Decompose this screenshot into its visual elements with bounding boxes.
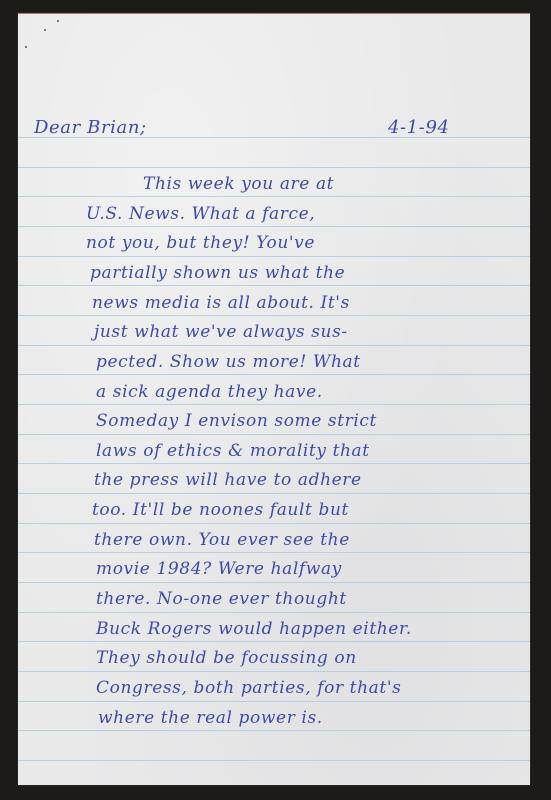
rule-line (18, 760, 530, 761)
body-line: partially shown us what the (90, 263, 345, 283)
rule-line (18, 641, 530, 642)
rule-line (18, 523, 530, 524)
body-line: Congress, both parties, for that's (96, 678, 401, 698)
rule-line (18, 345, 530, 346)
paper-speck (44, 29, 46, 31)
body-line: just what we've always sus- (94, 322, 348, 342)
body-line: the press will have to adhere (94, 470, 362, 490)
body-line: Someday I envison some strict (96, 411, 377, 431)
rule-line (18, 701, 530, 702)
body-line: movie 1984? Were halfway (96, 559, 342, 579)
body-line: They should be focussing on (96, 648, 357, 668)
rule-line (18, 196, 530, 197)
body-line: there own. You ever see the (94, 530, 350, 550)
body-line: where the real power is. (98, 708, 323, 728)
rule-line (18, 463, 530, 464)
rule-line (18, 285, 530, 286)
rule-line (18, 730, 530, 731)
salutation: Dear Brian; (34, 117, 147, 138)
rule-line (18, 167, 530, 168)
body-line: pected. Show us more! What (96, 352, 361, 372)
body-line: too. It'll be noones fault but (92, 500, 349, 520)
rule-line (18, 315, 530, 316)
rule-line (18, 404, 530, 405)
rule-line (18, 374, 530, 375)
body-line: This week you are at (143, 174, 334, 194)
paper-speck (57, 20, 59, 22)
rule-line (18, 552, 530, 553)
body-line: U.S. News. What a farce, (86, 204, 315, 224)
body-line: news media is all about. It's (92, 293, 350, 313)
rule-line (18, 226, 530, 227)
rule-line (18, 582, 530, 583)
body-line: laws of ethics & morality that (96, 441, 370, 461)
rule-line (18, 256, 530, 257)
paper-speck (25, 46, 27, 48)
body-line: Buck Rogers would happen either. (96, 619, 412, 639)
body-line: there. No-one ever thought (96, 589, 347, 609)
body-line: not you, but they! You've (86, 233, 315, 253)
body-line: a sick agenda they have. (96, 382, 323, 402)
rule-line (18, 612, 530, 613)
rule-line (18, 671, 530, 672)
letter-date: 4-1-94 (388, 117, 450, 138)
letter-paper: Dear Brian; 4-1-94 This week you are at … (18, 13, 530, 785)
rule-line (18, 434, 530, 435)
rule-line (18, 493, 530, 494)
